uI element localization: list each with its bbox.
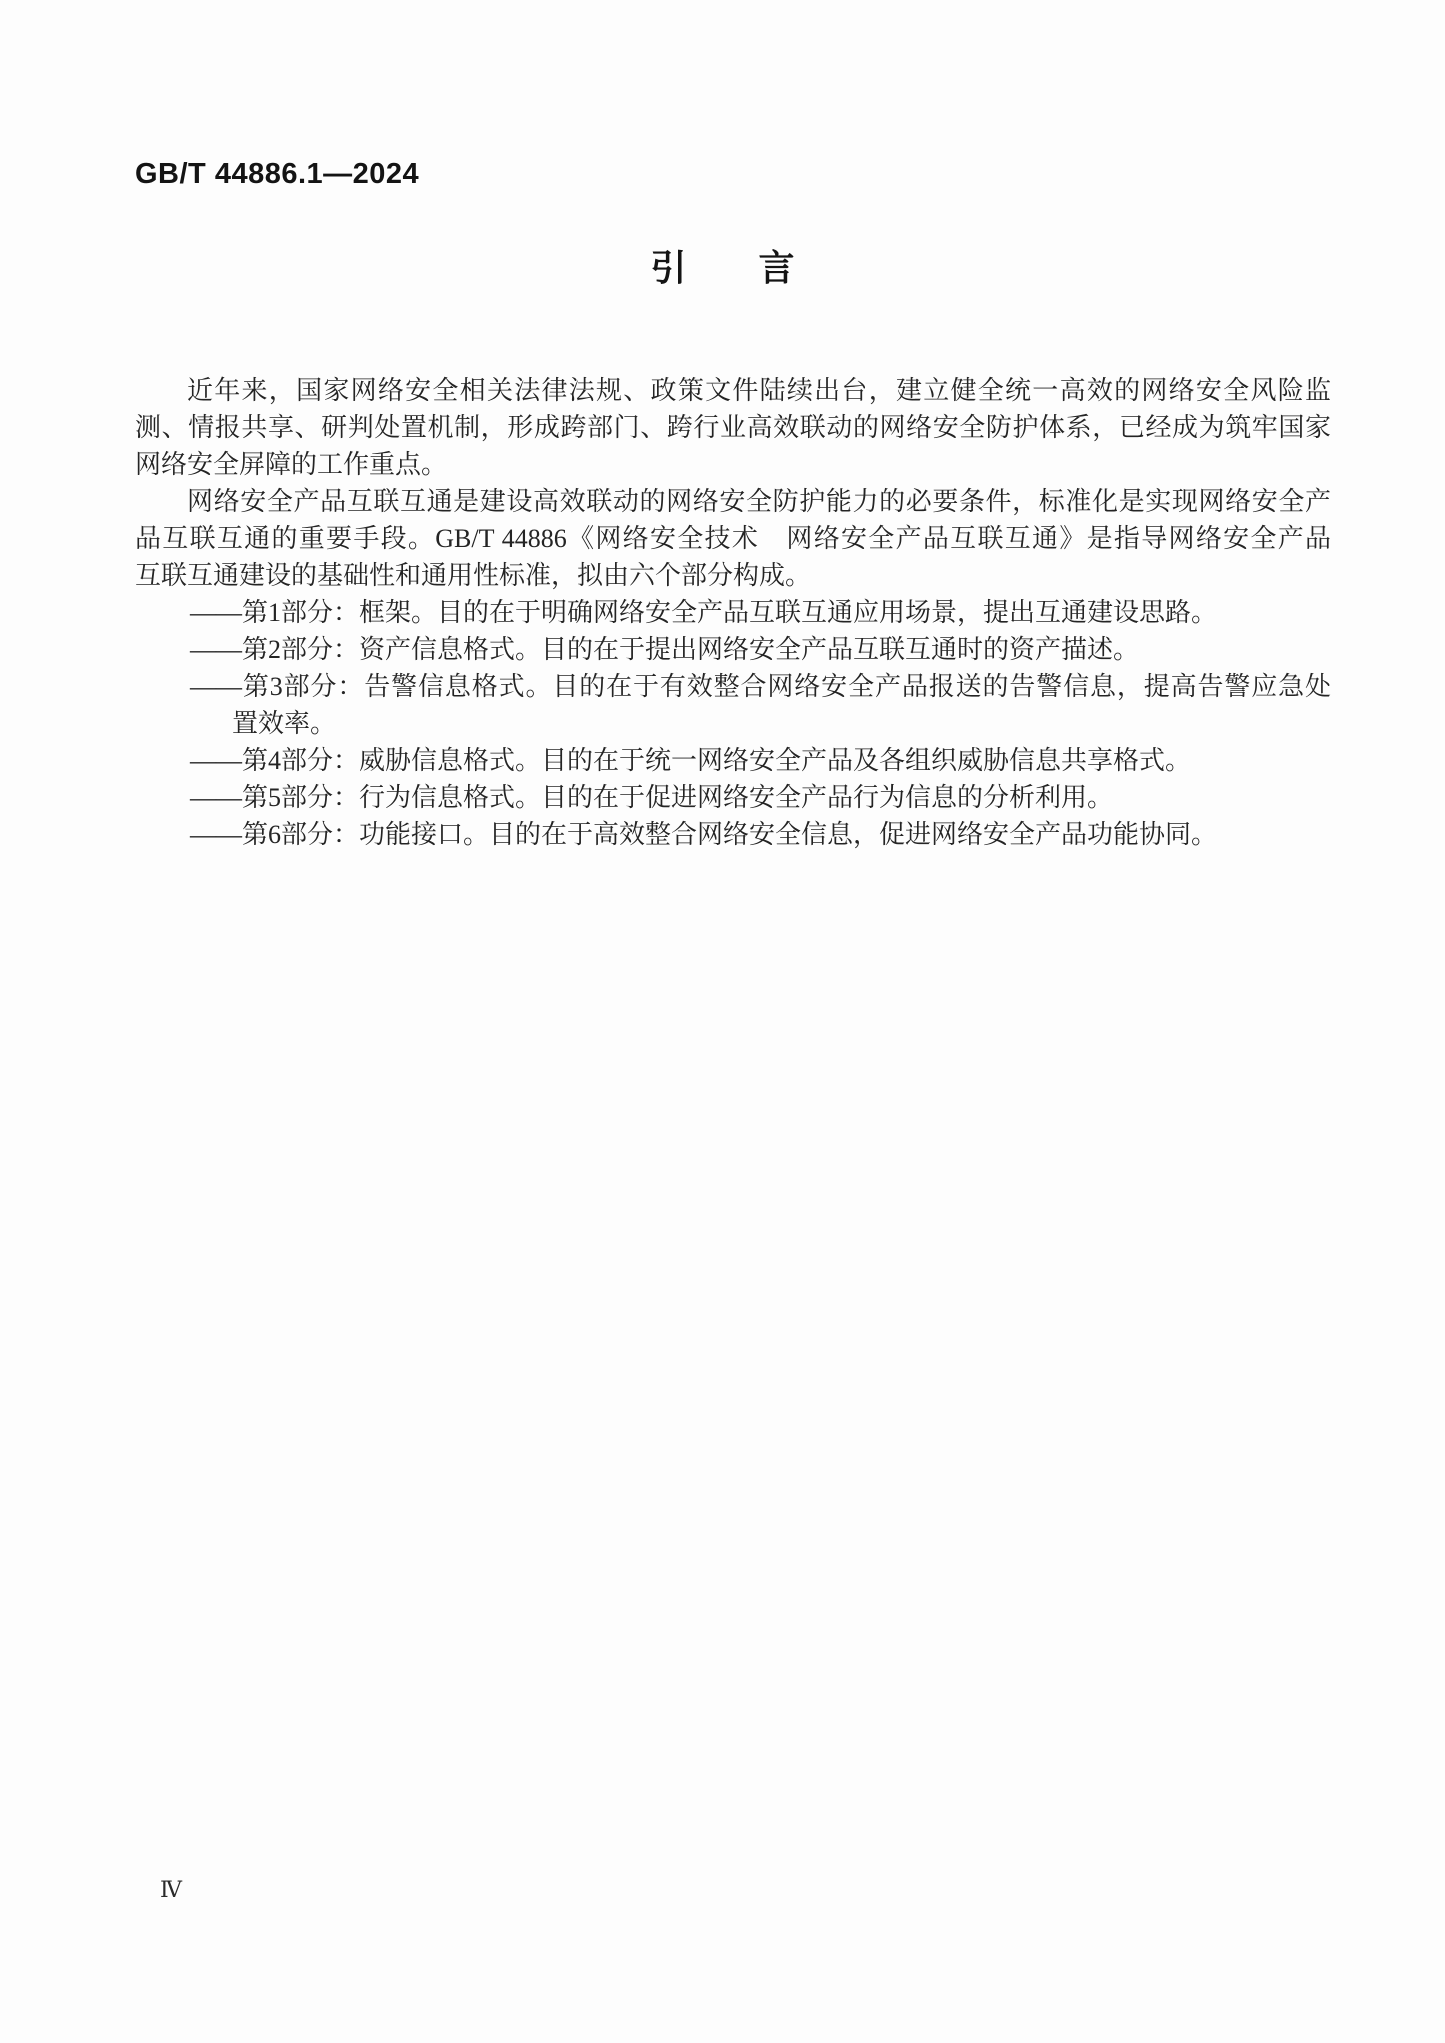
part-list-item-2: ——第2部分：资产信息格式。目的在于提出网络安全产品互联互通时的资产描述。 [135, 631, 1331, 668]
part-list-item-3-line-2: 置效率。 [135, 705, 1331, 742]
paragraph-1-line-1: 近年来，国家网络安全相关法律法规、政策文件陆续出台，建立健全统一高效的网络安全风… [135, 372, 1331, 409]
paragraph-2-line-1: 网络安全产品互联互通是建设高效联动的网络安全防护能力的必要条件，标准化是实现网络… [135, 483, 1331, 520]
part-list-item-1: ——第1部分：框架。目的在于明确网络安全产品互联互通应用场景，提出互通建设思路。 [135, 594, 1331, 631]
paragraph-2-line-3: 互联互通建设的基础性和通用性标准，拟由六个部分构成。 [135, 557, 1331, 594]
part-list-item-4: ——第4部分：威胁信息格式。目的在于统一网络安全产品及各组织威胁信息共享格式。 [135, 742, 1331, 779]
page-title: 引 言 [0, 250, 1445, 286]
paragraph-2-line-2: 品互联互通的重要手段。GB/T 44886《网络安全技术 网络安全产品互联互通》… [135, 520, 1331, 557]
part-list-item-6: ——第6部分：功能接口。目的在于高效整合网络安全信息，促进网络安全产品功能协同。 [135, 816, 1331, 853]
doc-number-header: GB/T 44886.1—2024 [135, 160, 419, 189]
page-number: Ⅳ [160, 1880, 182, 1902]
paragraph-1-line-2: 测、情报共享、研判处置机制，形成跨部门、跨行业高效联动的网络安全防护体系，已经成… [135, 409, 1331, 446]
paragraph-1-line-3: 网络安全屏障的工作重点。 [135, 446, 1331, 483]
part-list-item-3-line-1: ——第3部分：告警信息格式。目的在于有效整合网络安全产品报送的告警信息，提高告警… [135, 668, 1331, 705]
introduction-body: 近年来，国家网络安全相关法律法规、政策文件陆续出台，建立健全统一高效的网络安全风… [135, 372, 1331, 853]
standard-document-page: GB/T 44886.1—2024 引 言 近年来，国家网络安全相关法律法规、政… [0, 0, 1445, 2043]
part-list-item-5: ——第5部分：行为信息格式。目的在于促进网络安全产品行为信息的分析利用。 [135, 779, 1331, 816]
